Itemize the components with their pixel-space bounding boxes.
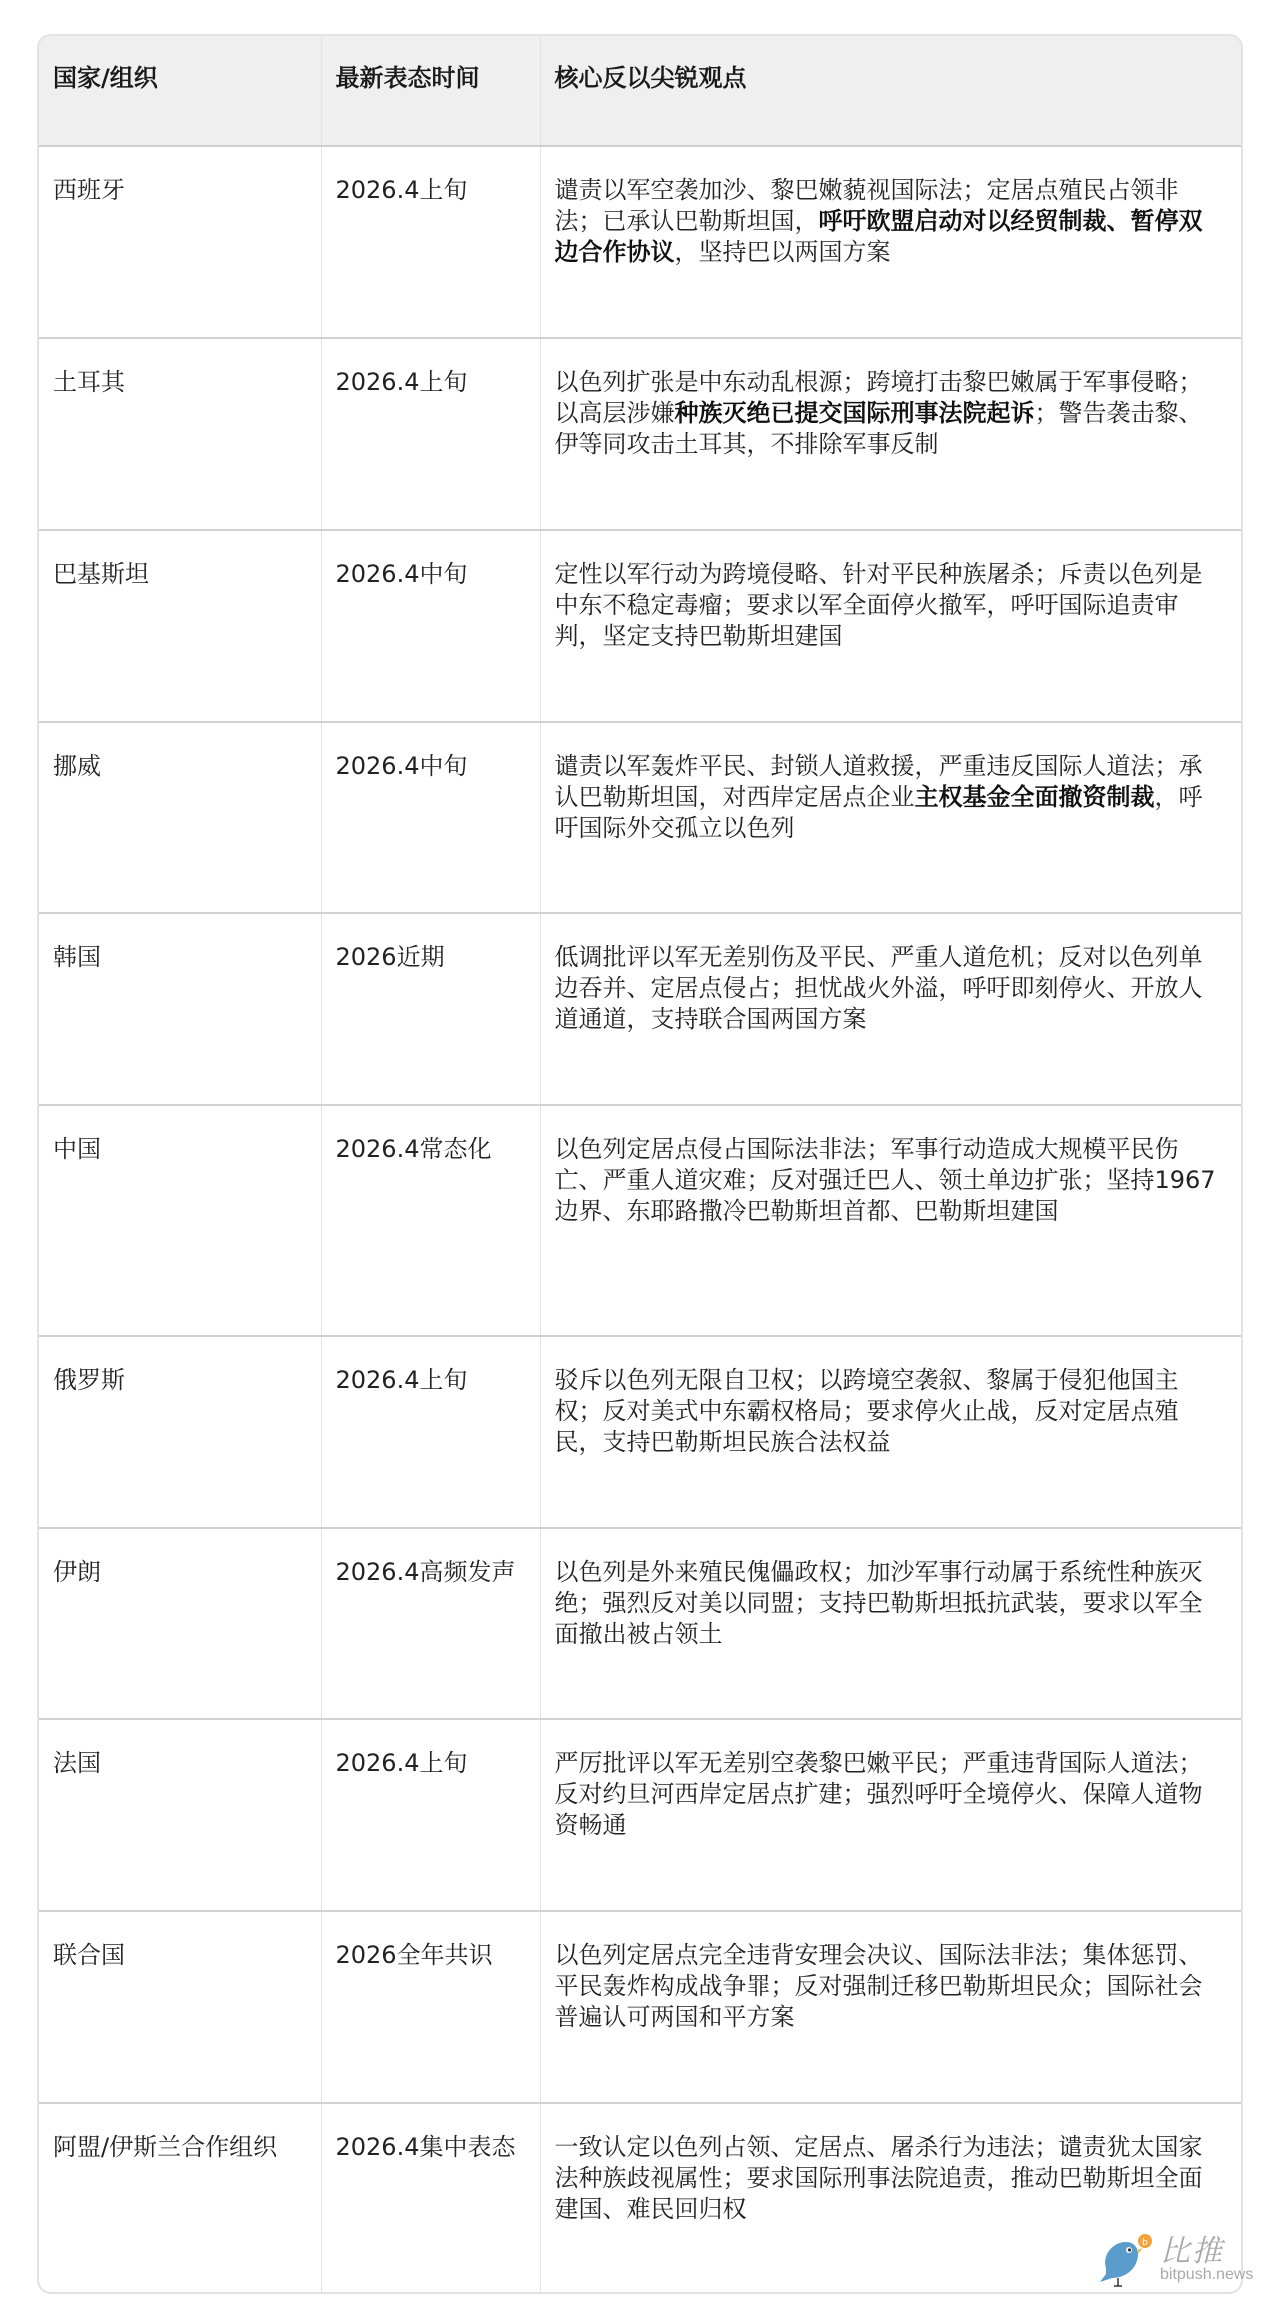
view-text: 以色列定居点侵占国际法非法；军事行动造成大规模平民伤亡、严重人道灾难；反对强迁巴…	[555, 1135, 1216, 1225]
cell-country: 伊朗	[39, 1528, 321, 1719]
table-header-row: 国家/组织 最新表态时间 核心反以尖锐观点	[39, 36, 1241, 146]
table-row: 伊朗2026.4高频发声以色列是外来殖民傀儡政权；加沙军事行动属于系统性种族灭绝…	[39, 1528, 1241, 1719]
table-row: 巴基斯坦2026.4中旬定性以军行动为跨境侵略、针对平民种族屠杀；斥责以色列是中…	[39, 530, 1241, 722]
cell-view: 谴责以军空袭加沙、黎巴嫩藐视国际法；定居点殖民占领非法；已承认巴勒斯坦国，呼吁欧…	[540, 146, 1241, 338]
view-text: ，坚持巴以两国方案	[675, 238, 891, 266]
header-view: 核心反以尖锐观点	[540, 36, 1241, 146]
cell-time: 2026.4上旬	[321, 338, 540, 530]
cell-view: 以色列定居点侵占国际法非法；军事行动造成大规模平民伤亡、严重人道灾难；反对强迁巴…	[540, 1105, 1241, 1336]
cell-view: 以色列扩张是中东动乱根源；跨境打击黎巴嫩属于军事侵略；以高层涉嫌种族灭绝已提交国…	[540, 338, 1241, 530]
table-row: 土耳其2026.4上旬以色列扩张是中东动乱根源；跨境打击黎巴嫩属于军事侵略；以高…	[39, 338, 1241, 530]
table-row: 挪威2026.4中旬谴责以军轰炸平民、封锁人道救援，严重违反国际人道法；承认巴勒…	[39, 722, 1241, 913]
cell-view: 以色列是外来殖民傀儡政权；加沙军事行动属于系统性种族灭绝；强烈反对美以同盟；支持…	[540, 1528, 1241, 1719]
header-country: 国家/组织	[39, 36, 321, 146]
cell-time: 2026.4集中表态	[321, 2103, 540, 2294]
watermark: b 比推 bitpush.news	[1098, 2226, 1248, 2292]
cell-time: 2026.4常态化	[321, 1105, 540, 1336]
cell-time: 2026近期	[321, 913, 540, 1105]
table-row: 俄罗斯2026.4上旬驳斥以色列无限自卫权；以跨境空袭叙、黎属于侵犯他国主权；反…	[39, 1336, 1241, 1528]
view-text: 以色列定居点完全违背安理会决议、国际法非法；集体惩罚、平民轰炸构成战争罪；反对强…	[555, 1941, 1203, 2031]
svg-text:b: b	[1142, 2238, 1148, 2248]
cell-country: 联合国	[39, 1911, 321, 2103]
positions-table-card: 国家/组织 最新表态时间 核心反以尖锐观点 西班牙2026.4上旬谴责以军空袭加…	[37, 34, 1243, 2294]
cell-country: 挪威	[39, 722, 321, 913]
cell-time: 2026.4中旬	[321, 722, 540, 913]
cell-country: 韩国	[39, 913, 321, 1105]
header-time: 最新表态时间	[321, 36, 540, 146]
cell-country: 巴基斯坦	[39, 530, 321, 722]
watermark-brand-cn: 比推	[1160, 2226, 1224, 2270]
positions-table: 国家/组织 最新表态时间 核心反以尖锐观点 西班牙2026.4上旬谴责以军空袭加…	[39, 36, 1241, 2294]
table-row: 韩国2026近期低调批评以军无差别伤及平民、严重人道危机；反对以色列单边吞并、定…	[39, 913, 1241, 1105]
view-text: 以色列是外来殖民傀儡政权；加沙军事行动属于系统性种族灭绝；强烈反对美以同盟；支持…	[555, 1558, 1203, 1648]
cell-country: 西班牙	[39, 146, 321, 338]
cell-view: 以色列定居点完全违背安理会决议、国际法非法；集体惩罚、平民轰炸构成战争罪；反对强…	[540, 1911, 1241, 2103]
cell-time: 2026.4中旬	[321, 530, 540, 722]
table-row: 中国2026.4常态化以色列定居点侵占国际法非法；军事行动造成大规模平民伤亡、严…	[39, 1105, 1241, 1336]
cell-time: 2026.4上旬	[321, 1719, 540, 1911]
watermark-brand-en: bitpush.news	[1160, 2266, 1253, 2284]
cell-country: 中国	[39, 1105, 321, 1336]
view-text: 驳斥以色列无限自卫权；以跨境空袭叙、黎属于侵犯他国主权；反对美式中东霸权格局；要…	[555, 1366, 1179, 1456]
cell-time: 2026.4高频发声	[321, 1528, 540, 1719]
view-emphasis: 主权基金全面撤资制裁	[915, 783, 1155, 811]
cell-view: 低调批评以军无差别伤及平民、严重人道危机；反对以色列单边吞并、定居点侵占；担忧战…	[540, 913, 1241, 1105]
cell-view: 驳斥以色列无限自卫权；以跨境空袭叙、黎属于侵犯他国主权；反对美式中东霸权格局；要…	[540, 1336, 1241, 1528]
cell-time: 2026.4上旬	[321, 1336, 540, 1528]
cell-country: 法国	[39, 1719, 321, 1911]
view-text: 低调批评以军无差别伤及平民、严重人道危机；反对以色列单边吞并、定居点侵占；担忧战…	[555, 943, 1203, 1033]
table-row: 西班牙2026.4上旬谴责以军空袭加沙、黎巴嫩藐视国际法；定居点殖民占领非法；已…	[39, 146, 1241, 338]
cell-time: 2026.4上旬	[321, 146, 540, 338]
table-row: 阿盟/伊斯兰合作组织2026.4集中表态一致认定以色列占领、定居点、屠杀行为违法…	[39, 2103, 1241, 2294]
cell-country: 土耳其	[39, 338, 321, 530]
view-text: 一致认定以色列占领、定居点、屠杀行为违法；谴责犹太国家法种族歧视属性；要求国际刑…	[555, 2133, 1203, 2223]
cell-country: 阿盟/伊斯兰合作组织	[39, 2103, 321, 2294]
cell-view: 定性以军行动为跨境侵略、针对平民种族屠杀；斥责以色列是中东不稳定毒瘤；要求以军全…	[540, 530, 1241, 722]
cell-view: 严厉批评以军无差别空袭黎巴嫩平民；严重违背国际人道法；反对约旦河西岸定居点扩建；…	[540, 1719, 1241, 1911]
bird-logo-icon: b	[1098, 2228, 1154, 2290]
cell-time: 2026全年共识	[321, 1911, 540, 2103]
view-text: 严厉批评以军无差别空袭黎巴嫩平民；严重违背国际人道法；反对约旦河西岸定居点扩建；…	[555, 1749, 1203, 1839]
cell-view: 谴责以军轰炸平民、封锁人道救援，严重违反国际人道法；承认巴勒斯坦国，对西岸定居点…	[540, 722, 1241, 913]
table-row: 联合国2026全年共识以色列定居点完全违背安理会决议、国际法非法；集体惩罚、平民…	[39, 1911, 1241, 2103]
view-text: 定性以军行动为跨境侵略、针对平民种族屠杀；斥责以色列是中东不稳定毒瘤；要求以军全…	[555, 560, 1203, 650]
table-row: 法国2026.4上旬严厉批评以军无差别空袭黎巴嫩平民；严重违背国际人道法；反对约…	[39, 1719, 1241, 1911]
view-emphasis: 种族灭绝已提交国际刑事法院起诉	[675, 399, 1035, 427]
cell-country: 俄罗斯	[39, 1336, 321, 1528]
